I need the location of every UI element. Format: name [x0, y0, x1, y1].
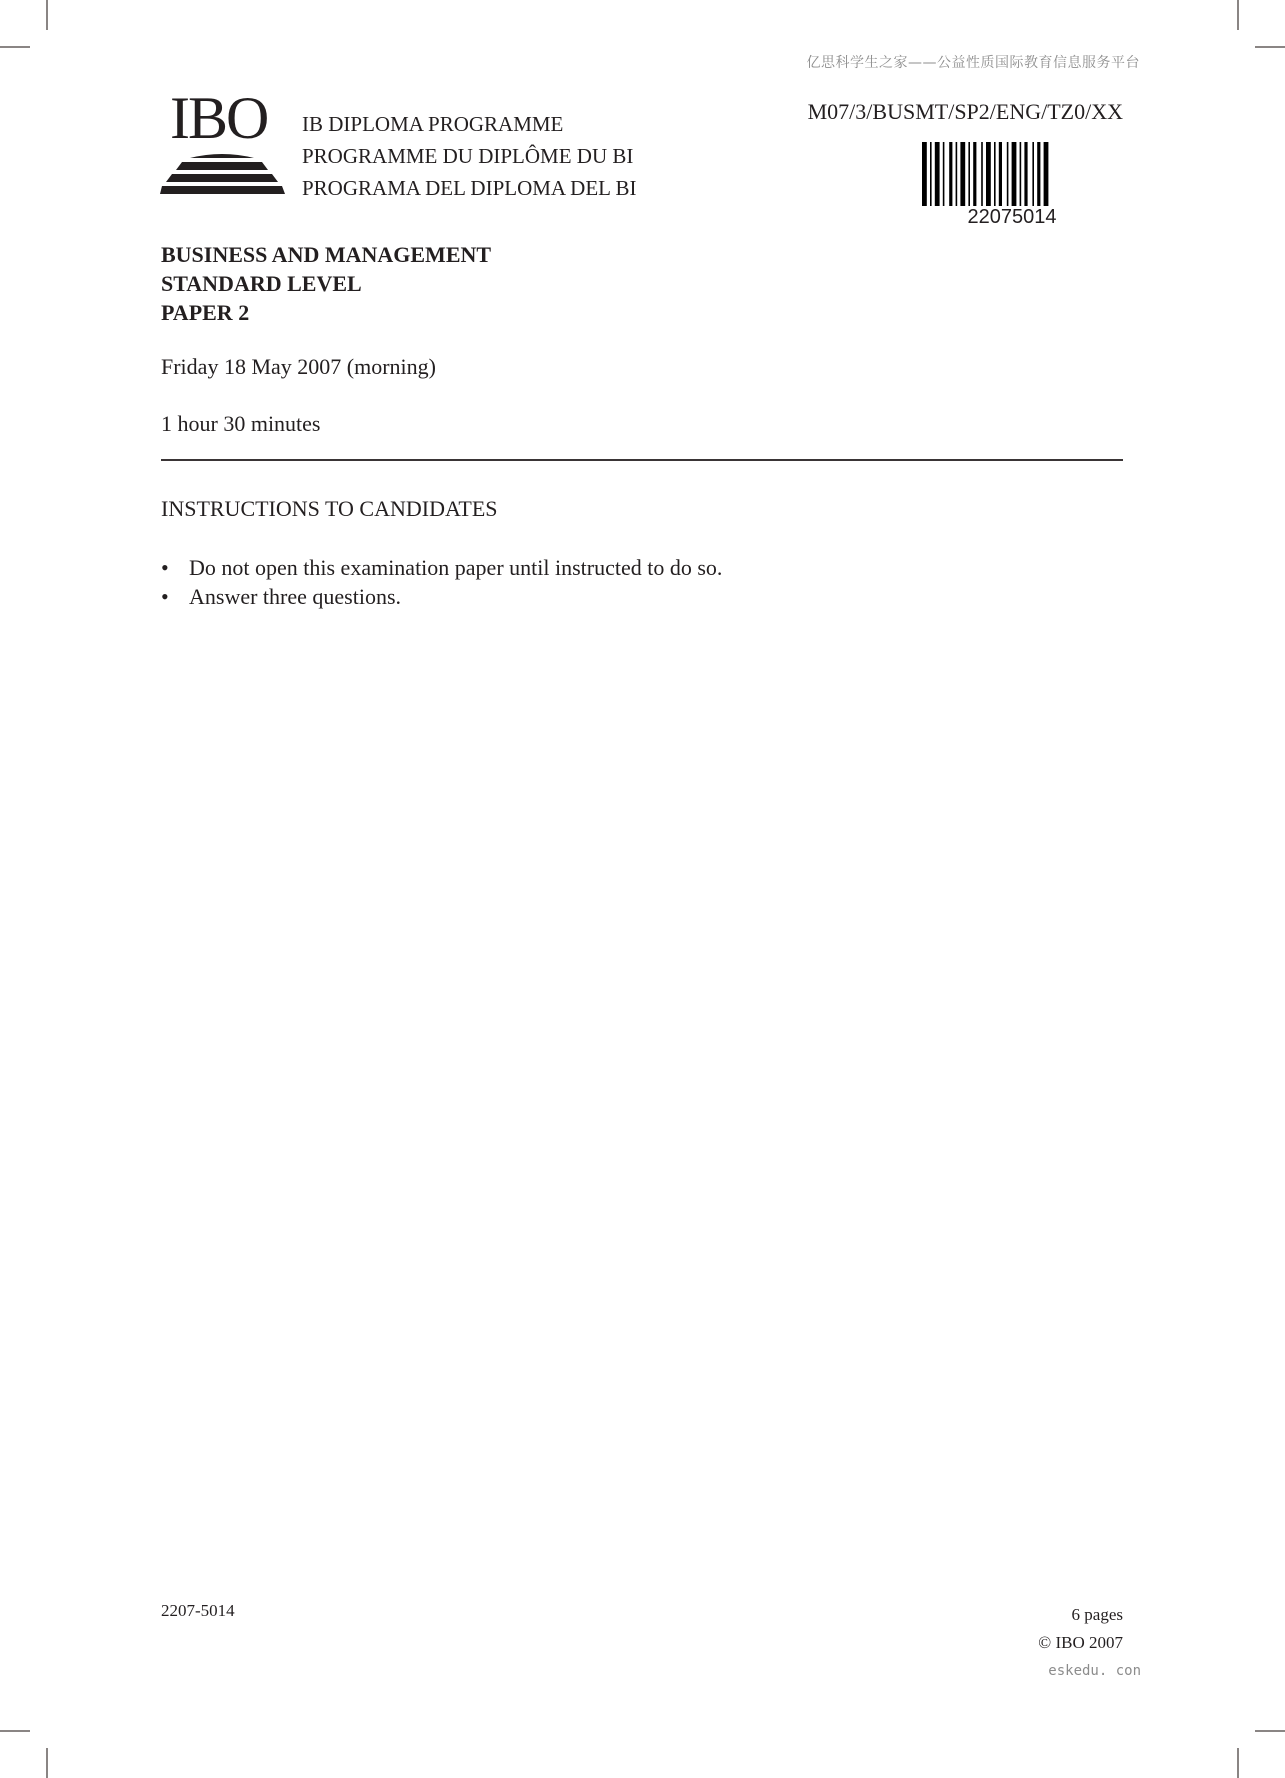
- paper-code: M07/3/BUSMT/SP2/ENG/TZ0/XX: [760, 99, 1123, 125]
- instructions-title: INSTRUCTIONS TO CANDIDATES: [161, 496, 498, 522]
- page-count: 6 pages: [900, 1601, 1123, 1629]
- subject-heading: BUSINESS AND MANAGEMENT STANDARD LEVEL P…: [161, 240, 491, 327]
- crop-mark: [1237, 1748, 1239, 1778]
- copyright: © IBO 2007: [900, 1629, 1123, 1657]
- footer-right: 6 pages © IBO 2007: [900, 1601, 1123, 1657]
- instruction-item: Answer three questions.: [161, 582, 722, 611]
- paper-number: PAPER 2: [161, 298, 491, 327]
- instruction-item: Do not open this examination paper until…: [161, 553, 722, 582]
- crop-mark: [1255, 46, 1285, 48]
- barcode-icon: [922, 142, 1102, 206]
- crop-mark: [1237, 0, 1239, 30]
- exam-duration: 1 hour 30 minutes: [161, 411, 321, 437]
- crop-mark: [0, 1730, 30, 1732]
- exam-date: Friday 18 May 2007 (morning): [161, 354, 436, 380]
- crop-mark: [1255, 1730, 1285, 1732]
- ibo-horizon-icon: [160, 98, 285, 196]
- watermark-top: 亿思科学生之家——公益性质国际教育信息服务平台: [700, 52, 1140, 72]
- ibo-logo: IBO: [160, 98, 285, 196]
- subject-level: STANDARD LEVEL: [161, 269, 491, 298]
- instructions-list: Do not open this examination paper until…: [161, 553, 722, 611]
- subject-name: BUSINESS AND MANAGEMENT: [161, 240, 491, 269]
- crop-mark: [46, 0, 48, 30]
- crop-mark: [46, 1748, 48, 1778]
- crop-mark: [0, 46, 30, 48]
- programme-line-fr: PROGRAMME DU DIPLÔME DU BI: [302, 140, 636, 172]
- footer-code: 2207-5014: [161, 1601, 235, 1621]
- barcode-number: 22075014: [922, 206, 1102, 229]
- divider: [161, 459, 1123, 461]
- programme-line-es: PROGRAMA DEL DIPLOMA DEL BI: [302, 172, 636, 204]
- watermark-bottom: eskedu. con: [1000, 1663, 1141, 1679]
- programme-line-en: IB DIPLOMA PROGRAMME: [302, 108, 636, 140]
- programme-names: IB DIPLOMA PROGRAMME PROGRAMME DU DIPLÔM…: [302, 108, 636, 204]
